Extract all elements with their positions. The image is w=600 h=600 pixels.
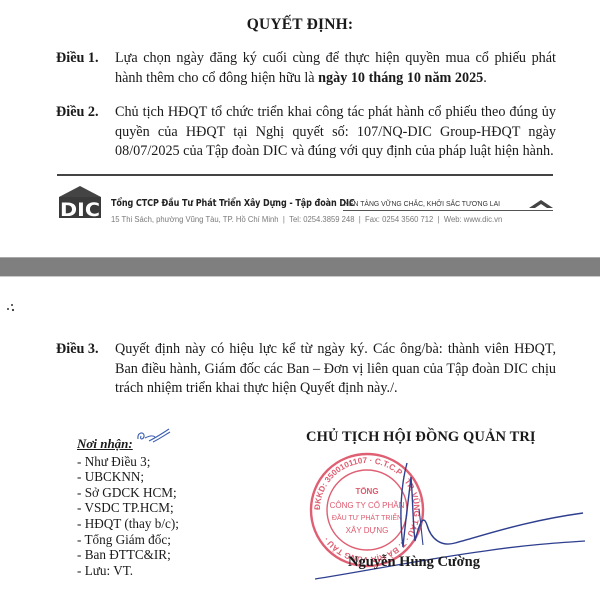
article-body: Quyết định này có hiệu lực kể từ ngày ký… — [115, 340, 556, 399]
dic-house-logo-icon: DIC — [58, 185, 102, 219]
list-item: - Ban ĐTTC&IR; — [77, 547, 179, 563]
separator: | — [438, 215, 440, 224]
list-item: - Sở GDCK HCM; — [77, 485, 179, 501]
company-address: 15 Thi Sách, phường Vũng Tàu, TP. Hồ Chí… — [111, 215, 279, 224]
separator: | — [359, 215, 361, 224]
separator: | — [283, 215, 285, 224]
article-label: Điều 2. — [56, 103, 99, 123]
article-body: Chủ tịch HĐQT tổ chức triển khai công tá… — [115, 103, 556, 162]
roof-chevron-icon — [529, 199, 553, 208]
list-item: - UBCKNN; — [77, 469, 179, 485]
article-2: Điều 2. Chủ tịch HĐQT tổ chức triển khai… — [56, 103, 556, 162]
list-item: - VSDC TP.HCM; — [77, 500, 179, 516]
article-1: Điều 1. Lựa chọn ngày đăng ký cuối cùng … — [56, 49, 556, 88]
list-item: - Như Điều 3; — [77, 454, 179, 470]
record-date: ngày 10 tháng 10 năm 2025 — [318, 70, 483, 86]
list-item: - HĐQT (thay b/c); — [77, 516, 179, 532]
scan-speck-mark — [5, 303, 17, 313]
signer-name: Nguyễn Hùng Cường — [348, 554, 480, 571]
tagline-rule — [343, 210, 553, 211]
page-break-divider — [0, 257, 600, 277]
company-tagline: NỀN TẢNG VỮNG CHẮC, KHỞI SẮC TƯƠNG LAI — [344, 199, 500, 208]
list-item: - Tổng Giám đốc; — [77, 532, 179, 548]
initials-signature-icon — [135, 427, 171, 445]
recipients-list: - Như Điều 3; - UBCKNN; - Sở GDCK HCM; -… — [77, 454, 179, 579]
decision-heading: QUYẾT ĐỊNH: — [0, 16, 600, 34]
company-tel: Tel: 0254.3859 248 — [289, 215, 354, 224]
company-web: Web: www.dic.vn — [444, 215, 502, 224]
company-contact: 15 Thi Sách, phường Vũng Tàu, TP. Hồ Chí… — [111, 215, 502, 224]
article-text-end: . — [483, 70, 487, 86]
company-fax: Fax: 0254 3560 712 — [365, 215, 433, 224]
article-body: Lựa chọn ngày đăng ký cuối cùng để thực … — [115, 49, 556, 88]
signer-title: CHỦ TỊCH HỘI ĐỒNG QUẢN TRỊ — [306, 429, 536, 446]
company-name: Tổng CTCP Đầu Tư Phát Triển Xây Dựng - T… — [111, 198, 355, 209]
recipients-block: Nơi nhận: - Như Điều 3; - UBCKNN; - Sở G… — [77, 436, 179, 578]
letterhead-rule — [57, 174, 553, 176]
article-label: Điều 3. — [56, 340, 99, 360]
list-item: - Lưu: VT. — [77, 563, 179, 579]
article-label: Điều 1. — [56, 49, 99, 69]
logo-text: DIC — [60, 199, 100, 219]
article-3: Điều 3. Quyết định này có hiệu lực kể từ… — [56, 340, 556, 399]
